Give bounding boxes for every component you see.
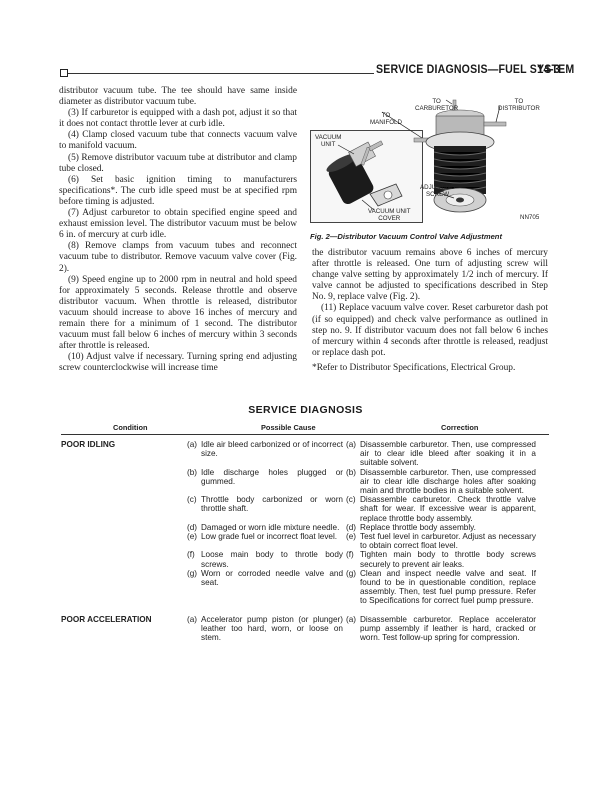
possible-cause: Idle air bleed carbonized or of incorrec… — [201, 440, 343, 468]
row-letter: (d) — [346, 523, 360, 532]
right-text-column: the distributor vacuum remains above 6 i… — [312, 248, 548, 374]
service-diagnosis-table: Condition Possible Cause Correction POOR… — [61, 423, 549, 642]
table-row: (g)Worn or corroded needle valve and sea… — [61, 569, 549, 606]
figure-code: NN705 — [520, 214, 539, 221]
table-row: (d)Damaged or worn idle mixture needle. … — [61, 523, 549, 532]
label-line: TO — [370, 112, 402, 119]
label-line: ADJUSTING — [420, 184, 455, 191]
row-letter: (e) — [187, 532, 201, 550]
column-header-possible-cause: Possible Cause — [261, 423, 316, 432]
figure-vacuum-control-valve: TO CARBURETOR TO DISTRIBUTOR TO MANIFOLD… — [310, 92, 550, 227]
label-line: SCREW — [420, 191, 455, 198]
row-letter: (b) — [187, 468, 201, 496]
possible-cause: Low grade fuel or incorrect float level. — [201, 532, 343, 550]
row-letter: (e) — [346, 532, 360, 550]
column-header-condition: Condition — [113, 423, 147, 432]
label-line: VACUUM — [315, 134, 341, 141]
possible-cause: Loose main body to throtle body screws. — [201, 550, 343, 568]
label-line: TO — [498, 98, 540, 105]
label-vacuum-unit: VACUUM UNIT — [315, 134, 341, 148]
paragraph-step-9: (9) Speed engine up to 2000 rpm in neutr… — [59, 275, 297, 353]
footnote: *Refer to Distributor Specifications, El… — [312, 363, 548, 374]
row-letter: (c) — [346, 495, 360, 523]
correction: Disassemble carburetor. Replace accelera… — [360, 615, 536, 643]
condition-group-poor-idling: POOR IDLING (a)Idle air bleed carbonized… — [61, 440, 549, 606]
paragraph-step-11: (11) Replace vacuum valve cover. Reset c… — [312, 303, 548, 358]
header-square-mark — [60, 69, 68, 77]
paragraph-step-3: (3) If carburetor is equipped with a das… — [59, 108, 297, 130]
row-letter: (a) — [187, 615, 201, 643]
row-letter: (c) — [187, 495, 201, 523]
row-letter: (d) — [187, 523, 201, 532]
possible-cause: Accelerator pump piston (or plunger) lea… — [201, 615, 343, 643]
label-line: CARBURETOR — [415, 105, 458, 112]
table-header: Condition Possible Cause Correction — [61, 423, 549, 435]
label-to-carburetor: TO CARBURETOR — [415, 98, 458, 112]
table-row: (a)Idle air bleed carbonized or of incor… — [61, 440, 549, 468]
paragraph-step-6: (6) Set basic ignition timing to manufac… — [59, 175, 297, 208]
possible-cause: Idle discharge holes plugged or gummed. — [201, 468, 343, 496]
table-row: (a)Accelerator pump piston (or plunger) … — [61, 615, 549, 643]
row-letter: (f) — [187, 550, 201, 568]
figure-caption: Fig. 2—Distributor Vacuum Control Valve … — [310, 232, 502, 241]
row-letter: (a) — [346, 615, 360, 643]
correction: Test fuel level in carburetor. Adjust as… — [360, 532, 536, 550]
correction: Disassemble carburetor. Then, use compre… — [360, 440, 536, 468]
label-line: TO — [415, 98, 458, 105]
label-line: UNIT — [315, 141, 341, 148]
label-line: COVER — [368, 215, 411, 222]
left-text-column: distributor vacuum tube. The tee should … — [59, 86, 297, 374]
service-diagnosis-title: SERVICE DIAGNOSIS — [0, 404, 611, 416]
correction: Disassemble carburetor. Check throttle v… — [360, 495, 536, 523]
table-row: (f)Loose main body to throtle body screw… — [61, 550, 549, 568]
table-row: (c)Throttle body carbonized or worn thro… — [61, 495, 549, 523]
label-adjusting-screw: ADJUSTING SCREW — [420, 184, 455, 198]
header-rule — [68, 73, 374, 74]
row-letter: (g) — [346, 569, 360, 606]
condition-group-poor-acceleration: POOR ACCELERATION (a)Accelerator pump pi… — [61, 615, 549, 643]
paragraph-step-8: (8) Remove clamps from vacuum tubes and … — [59, 241, 297, 274]
row-letter: (g) — [187, 569, 201, 606]
table-row: (e)Low grade fuel or incorrect float lev… — [61, 532, 549, 550]
paragraph: the distributor vacuum remains above 6 i… — [312, 248, 548, 303]
row-letter: (f) — [346, 550, 360, 568]
table-row: (b)Idle discharge holes plugged or gumme… — [61, 468, 549, 496]
paragraph-step-4: (4) Clamp closed vacuum tube that connec… — [59, 130, 297, 152]
paragraph-step-7: (7) Adjust carburetor to obtain specifie… — [59, 208, 297, 241]
correction: Tighten main body to throttle body screw… — [360, 550, 536, 568]
correction: Clean and inspect needle valve and seat.… — [360, 569, 536, 606]
correction: Disassemble carburetor. Then, use compre… — [360, 468, 536, 496]
paragraph: distributor vacuum tube. The tee should … — [59, 86, 297, 108]
label-to-manifold: TO MANIFOLD — [370, 112, 402, 126]
label-to-distributor: TO DISTRIBUTOR — [498, 98, 540, 112]
row-letter: (b) — [346, 468, 360, 496]
possible-cause: Worn or corroded needle valve and seat. — [201, 569, 343, 606]
column-header-correction: Correction — [441, 423, 478, 432]
valve-illustration — [310, 92, 550, 227]
paragraph-step-5: (5) Remove distributor vacuum tube at di… — [59, 153, 297, 175]
label-line: DISTRIBUTOR — [498, 105, 540, 112]
paragraph-step-10: (10) Adjust valve if necessary. Turning … — [59, 352, 297, 374]
running-header: SERVICE DIAGNOSIS—FUEL SYSTEM 14-3 — [60, 64, 560, 80]
page-number: 14-3 — [537, 64, 560, 76]
possible-cause: Damaged or worn idle mixture needle. — [201, 523, 343, 532]
label-line: MANIFOLD — [370, 119, 402, 126]
possible-cause: Throttle body carbonized or worn throttl… — [201, 495, 343, 523]
row-letter: (a) — [187, 440, 201, 468]
label-line: VACUUM UNIT — [368, 208, 411, 215]
row-letter: (a) — [346, 440, 360, 468]
correction: Replace throttle body assembly. — [360, 523, 536, 532]
label-vacuum-unit-cover: VACUUM UNIT COVER — [368, 208, 411, 222]
